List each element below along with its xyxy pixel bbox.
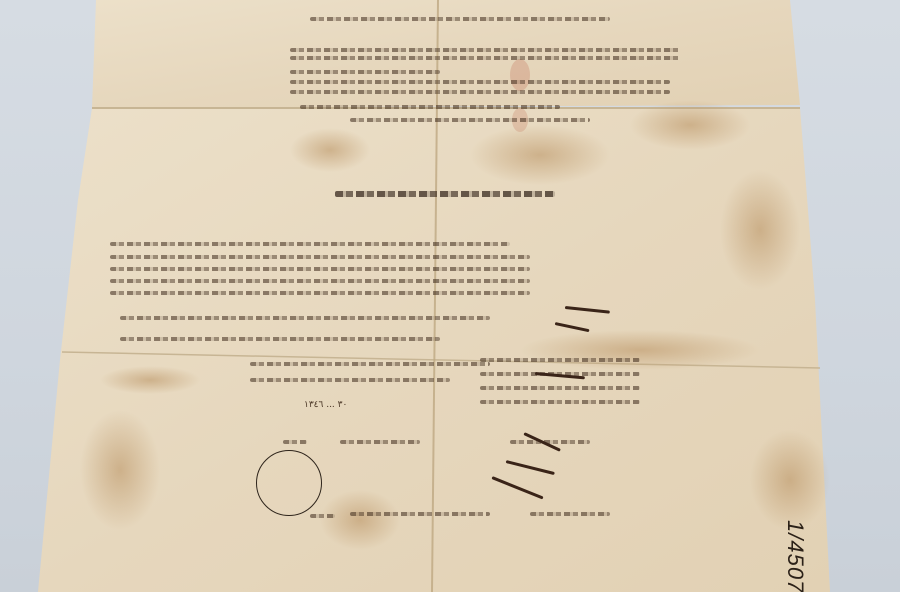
text-line bbox=[480, 358, 640, 362]
signature-label bbox=[340, 440, 420, 444]
text-line bbox=[250, 378, 450, 382]
text-line bbox=[310, 17, 610, 21]
text-line bbox=[480, 386, 640, 390]
text-line bbox=[120, 316, 490, 320]
seal-label-bottom bbox=[310, 514, 335, 518]
text-line bbox=[110, 279, 530, 283]
text-line bbox=[480, 400, 640, 404]
text-line bbox=[290, 70, 440, 74]
seal-circle bbox=[256, 450, 322, 516]
signature-label bbox=[530, 512, 610, 516]
text-line bbox=[110, 255, 530, 259]
text-line bbox=[290, 80, 670, 84]
document-title bbox=[335, 191, 555, 197]
text-line bbox=[300, 105, 560, 109]
text-line bbox=[110, 267, 530, 271]
text-line bbox=[290, 90, 670, 94]
document-photo: ٣٠ ... ١٣٤٦ 1/4507 bbox=[0, 0, 900, 592]
paper-sheet-shape bbox=[0, 0, 900, 592]
text-line bbox=[110, 242, 510, 246]
date-line: ٣٠ ... ١٣٤٦ bbox=[304, 400, 347, 410]
signature-label bbox=[350, 512, 490, 516]
seal-label-top bbox=[283, 440, 307, 444]
text-line bbox=[110, 291, 530, 295]
text-line bbox=[250, 362, 490, 366]
text-line bbox=[290, 56, 680, 60]
text-line bbox=[350, 118, 590, 122]
text-line bbox=[290, 48, 680, 52]
text-line bbox=[120, 337, 440, 341]
archive-number: 1/4507 bbox=[782, 520, 808, 592]
